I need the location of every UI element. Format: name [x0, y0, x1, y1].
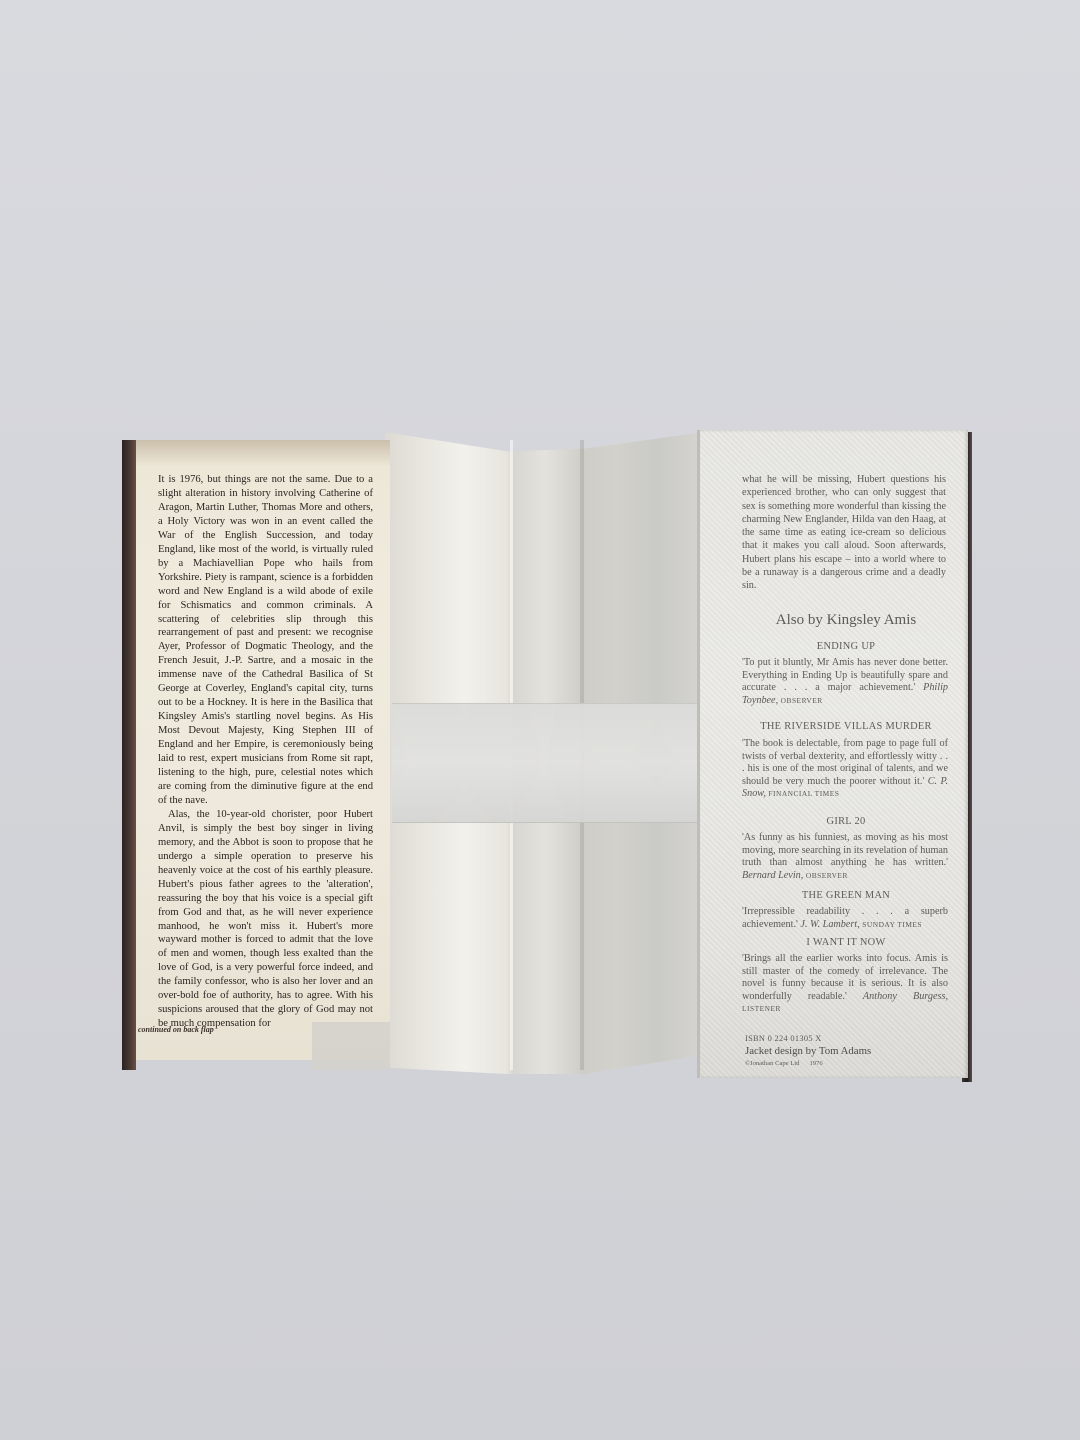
- book-review: 'As funny as his funniest, as moving as …: [742, 832, 948, 882]
- book-title: ENDING UP: [724, 641, 968, 652]
- reviewer: Anthony Burgess,: [863, 991, 948, 1002]
- publication: LISTENER: [742, 1004, 781, 1013]
- blurb-paragraph: Alas, the 10-year-old chorister, poor Hu…: [158, 808, 373, 1031]
- publication: OBSERVER: [781, 696, 823, 705]
- jacket-design-credit: Jacket design by Tom Adams: [745, 1045, 871, 1057]
- book-review: 'Brings all the earlier works into focus…: [742, 953, 948, 1016]
- book-title: THE RIVERSIDE VILLAS MURDER: [724, 721, 968, 732]
- publication: OBSERVER: [806, 871, 848, 880]
- book-review: 'The book is delectable, from page to pa…: [742, 738, 948, 801]
- flap-edge-stain: [136, 440, 390, 466]
- book-title: I WANT IT NOW: [724, 937, 968, 948]
- continued-note: continued on back flap: [138, 1025, 214, 1034]
- reviewer: Bernard Levin,: [742, 870, 803, 881]
- front-flap-blurb: It is 1976, but things are not the same.…: [158, 473, 373, 1031]
- back-flap-continuation: what he will be missing, Hubert question…: [742, 473, 946, 593]
- isbn: ISBN 0 224 01305 X: [745, 1034, 822, 1043]
- dust-jacket: It is 1976, but things are not the same.…: [0, 0, 1080, 1440]
- publication: FINANCIAL TIMES: [768, 789, 839, 798]
- book-title: THE GREEN MAN: [724, 890, 968, 901]
- publication: SUNDAY TIMES: [862, 920, 922, 929]
- cover-edge-left: [122, 440, 136, 1070]
- copyright-line: ©Jonathan Cape Ltd1976: [745, 1060, 823, 1067]
- also-by-heading: Also by Kingsley Amis: [724, 612, 968, 629]
- reviewer: J. W. Lambert,: [800, 919, 859, 930]
- book-review: 'To put it bluntly, Mr Amis has never do…: [742, 657, 948, 707]
- blurb-paragraph: It is 1976, but things are not the same.…: [158, 473, 373, 808]
- book-title: GIRL 20: [724, 816, 968, 827]
- protective-tape-band: [392, 703, 698, 823]
- book-review: 'Irrepressible readability . . . a super…: [742, 906, 948, 931]
